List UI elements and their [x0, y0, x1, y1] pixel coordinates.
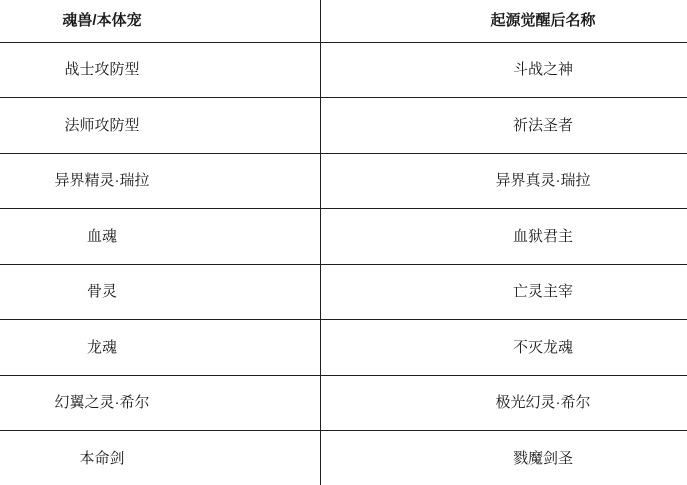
cell-awakened-name: 极光幻灵·希尔: [321, 376, 687, 431]
pet-name-text: 本命剑: [0, 451, 262, 466]
column-header-awakened: 起源觉醒后名称: [321, 0, 687, 42]
awakened-name-text: 亡灵主宰: [360, 284, 687, 299]
column-header-pet: 魂兽/本体宠: [0, 0, 321, 42]
pet-name-text: 战士攻防型: [0, 62, 262, 77]
cell-pet-name: 血魂: [0, 209, 321, 264]
pet-name-text: 龙魂: [0, 340, 262, 355]
awakened-name-text: 血狱君主: [360, 229, 687, 244]
pet-name-text: 骨灵: [0, 284, 262, 299]
awakened-name-text: 不灭龙魂: [360, 340, 687, 355]
column-header-pet-label: 魂兽/本体宠: [0, 13, 262, 28]
cell-pet-name: 异界精灵·瑞拉: [0, 154, 321, 209]
cell-awakened-name: 异界真灵·瑞拉: [321, 154, 687, 209]
awakened-name-text: 极光幻灵·希尔: [360, 395, 687, 410]
cell-pet-name: 骨灵: [0, 265, 321, 320]
cell-pet-name: 本命剑: [0, 431, 321, 485]
cell-pet-name: 龙魂: [0, 320, 321, 375]
cell-awakened-name: 不灭龙魂: [321, 320, 687, 375]
awakened-name-text: 斗战之神: [360, 62, 687, 77]
cell-awakened-name: 斗战之神: [321, 43, 687, 98]
cell-awakened-name: 亡灵主宰: [321, 265, 687, 320]
pet-awakening-table: 魂兽/本体宠 起源觉醒后名称 战士攻防型 斗战之神 法师攻防型 祈法圣者 异界精…: [0, 0, 687, 485]
pet-name-text: 异界精灵·瑞拉: [0, 173, 262, 188]
table-row: 龙魂 不灭龙魂: [0, 320, 687, 376]
table-row: 本命剑 戮魔剑圣: [0, 431, 687, 485]
table-header-row: 魂兽/本体宠 起源觉醒后名称: [0, 0, 687, 43]
table-row: 异界精灵·瑞拉 异界真灵·瑞拉: [0, 154, 687, 210]
column-header-awakened-label: 起源觉醒后名称: [360, 13, 687, 28]
cell-pet-name: 战士攻防型: [0, 43, 321, 98]
table-row: 血魂 血狱君主: [0, 209, 687, 265]
table-row: 幻翼之灵·希尔 极光幻灵·希尔: [0, 376, 687, 432]
cell-pet-name: 幻翼之灵·希尔: [0, 376, 321, 431]
pet-name-text: 法师攻防型: [0, 118, 262, 133]
pet-name-text: 幻翼之灵·希尔: [0, 395, 262, 410]
awakened-name-text: 戮魔剑圣: [360, 451, 687, 466]
awakened-name-text: 异界真灵·瑞拉: [360, 173, 687, 188]
table-row: 法师攻防型 祈法圣者: [0, 98, 687, 154]
cell-awakened-name: 血狱君主: [321, 209, 687, 264]
pet-name-text: 血魂: [0, 229, 262, 244]
awakened-name-text: 祈法圣者: [360, 118, 687, 133]
cell-awakened-name: 祈法圣者: [321, 98, 687, 153]
cell-awakened-name: 戮魔剑圣: [321, 431, 687, 485]
table-row: 骨灵 亡灵主宰: [0, 265, 687, 321]
table-row: 战士攻防型 斗战之神: [0, 43, 687, 99]
cell-pet-name: 法师攻防型: [0, 98, 321, 153]
